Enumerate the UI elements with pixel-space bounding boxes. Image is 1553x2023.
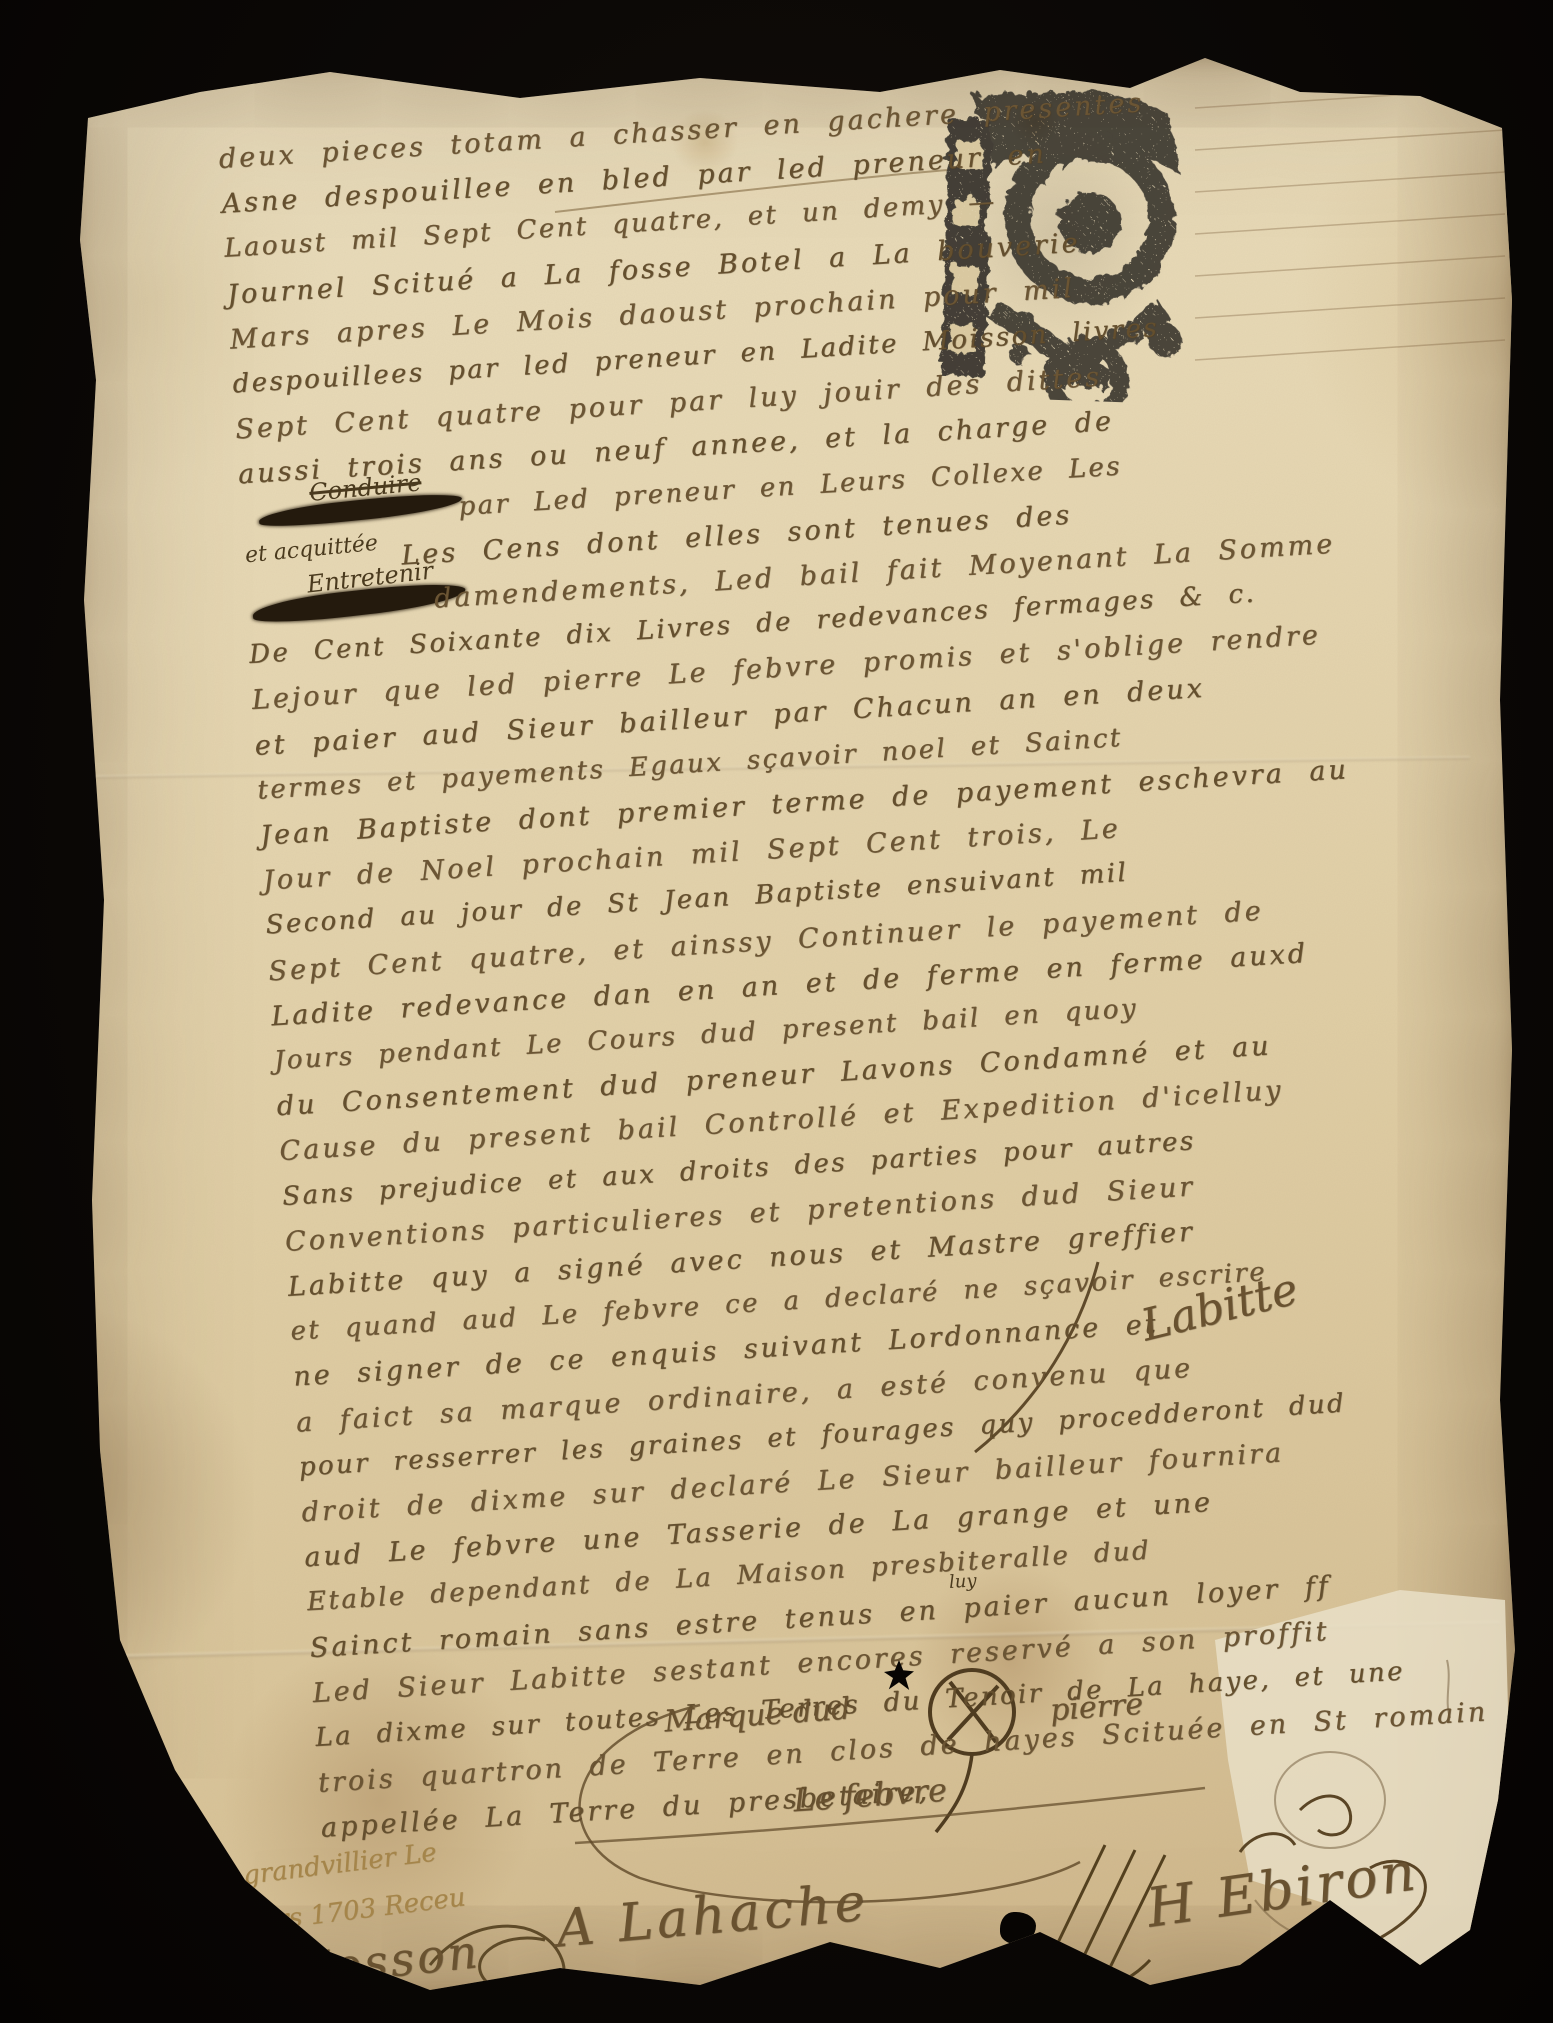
scanned-document-photo: Conduire et acquittée Entretenir luy deu… <box>0 0 1553 2023</box>
registration-control-note: Controllé a grandvillier Le vingt-neuf m… <box>87 1826 474 2014</box>
control-note-line: quinze sols <box>98 1921 474 2014</box>
mark-first-name: pierre <box>1049 1687 1144 1728</box>
manuscript-paper-sheet: Conduire et acquittée Entretenir luy deu… <box>0 0 1553 2023</box>
manuscript-lines: Conduire et acquittée Entretenir luy deu… <box>218 64 1553 1942</box>
paper-hole <box>1000 1912 1036 1944</box>
